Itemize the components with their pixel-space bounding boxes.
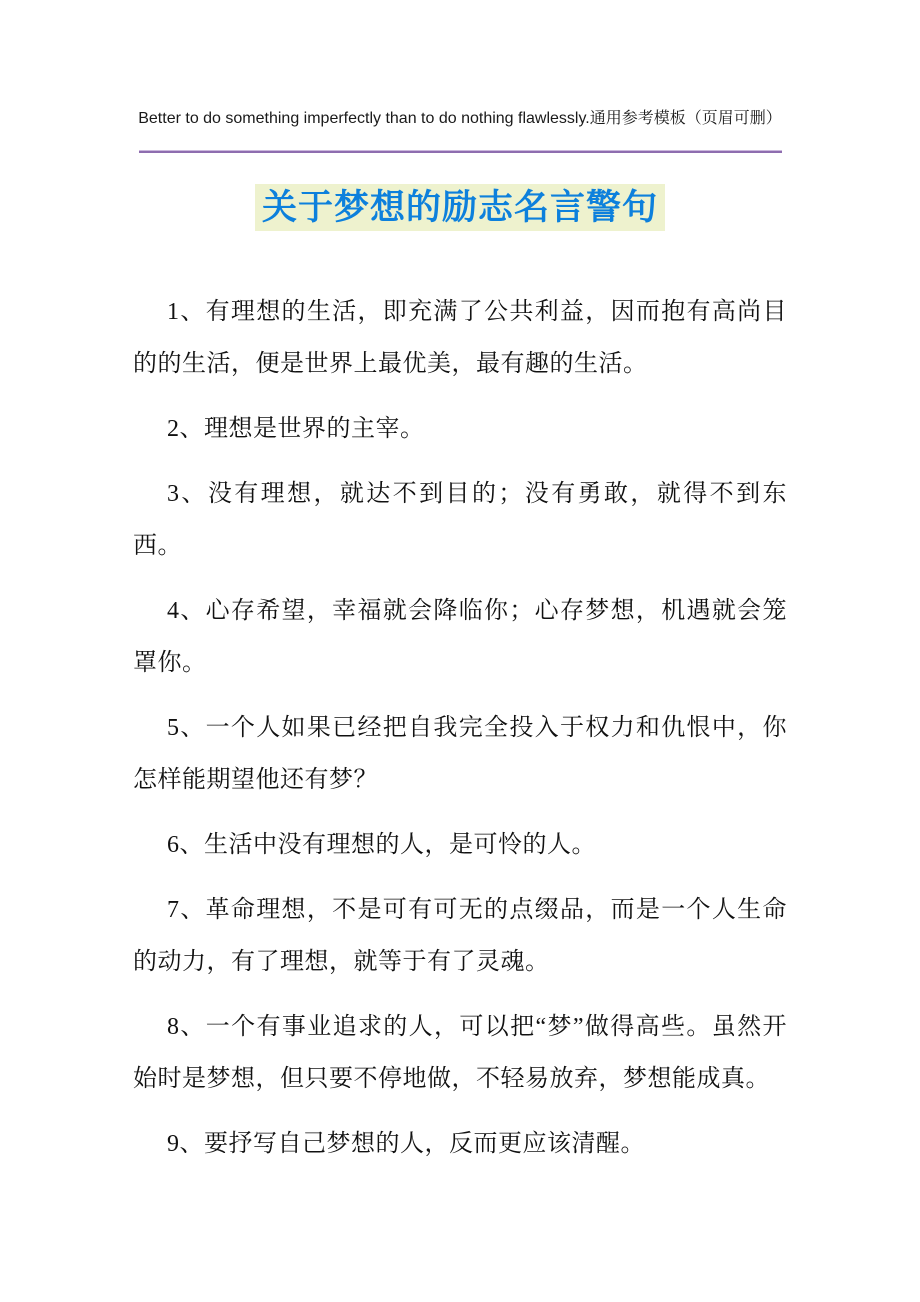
paragraph-quote-2: 2、理想是世界的主宰。 bbox=[133, 403, 787, 455]
paragraph-quote-7: 7、革命理想，不是可有可无的点缀品，而是一个人生命的动力，有了理想，就等于有了灵… bbox=[133, 884, 787, 988]
document-body: 1、有理想的生活，即充满了公共利益，因而抱有高尚目的的生活，便是世界上最优美，最… bbox=[133, 286, 787, 1183]
document-page: Better to do something imperfectly than … bbox=[0, 0, 920, 1302]
paragraph-quote-1: 1、有理想的生活，即充满了公共利益，因而抱有高尚目的的生活，便是世界上最优美，最… bbox=[133, 286, 787, 390]
paragraph-quote-4: 4、心存希望，幸福就会降临你；心存梦想，机遇就会笼罩你。 bbox=[133, 585, 787, 689]
paragraph-quote-3: 3、没有理想，就达不到目的；没有勇敢，就得不到东西。 bbox=[133, 468, 787, 572]
paragraph-quote-5: 5、一个人如果已经把自我完全投入于权力和仇恨中，你怎样能期望他还有梦？ bbox=[133, 702, 787, 806]
header-divider-rule bbox=[139, 150, 782, 153]
document-title: 关于梦想的励志名言警句 bbox=[0, 184, 920, 231]
paragraph-quote-6: 6、生活中没有理想的人，是可怜的人。 bbox=[133, 819, 787, 871]
page-header-text: Better to do something imperfectly than … bbox=[0, 107, 920, 131]
document-title-text: 关于梦想的励志名言警句 bbox=[255, 184, 665, 231]
paragraph-quote-8: 8、一个有事业追求的人，可以把“梦”做得高些。虽然开始时是梦想，但只要不停地做，… bbox=[133, 1001, 787, 1105]
paragraph-quote-9: 9、要抒写自己梦想的人，反而更应该清醒。 bbox=[133, 1118, 787, 1170]
